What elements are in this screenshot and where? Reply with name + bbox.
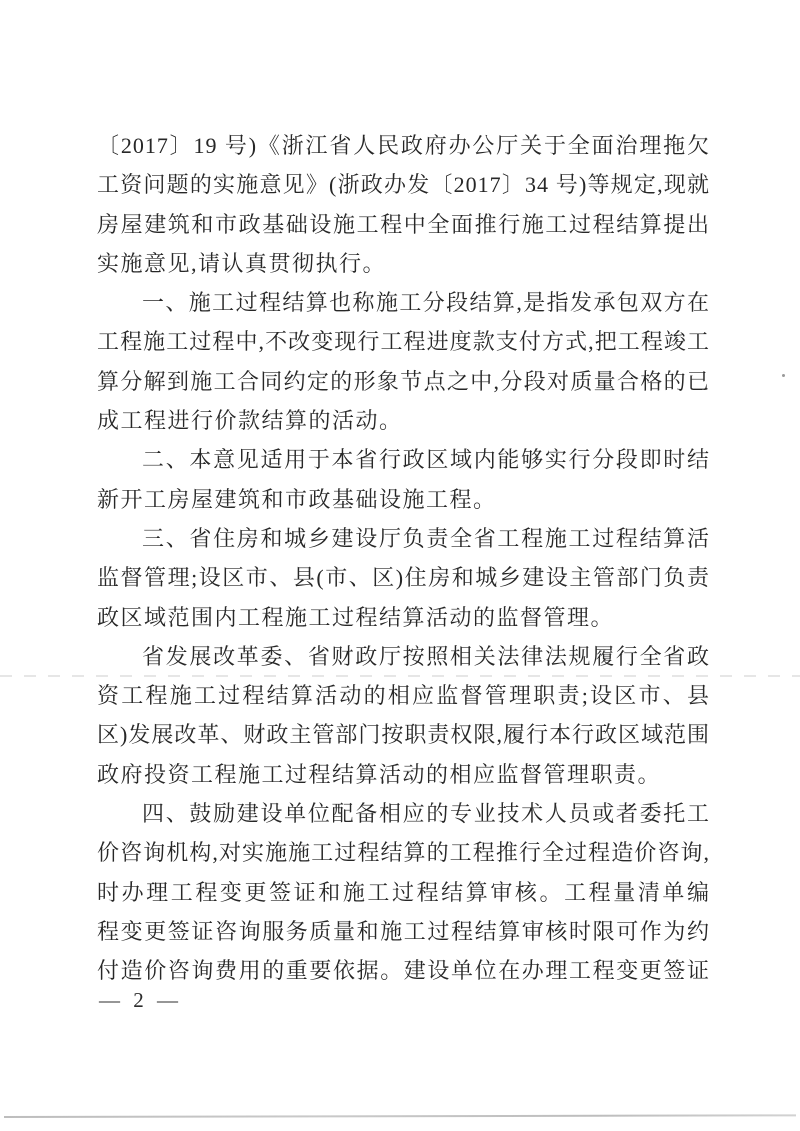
text-line: 付造价咨询费用的重要依据。建设单位在办理工程变更签证时, (97, 951, 710, 990)
text-line: 工资问题的实施意见》(浙政办发〔2017〕34 号)等规定,现就我省 (97, 165, 710, 204)
text-line: 成工程进行价款结算的活动。 (97, 401, 710, 440)
text-line: 时办理工程变更签证和施工过程结算审核。工程量清单编制、工 (97, 873, 710, 912)
text-line: 程变更签证咨询服务质量和施工过程结算审核时限可作为约定支 (97, 912, 710, 951)
text-line: 房屋建筑和市政基础设施工程中全面推行施工过程结算提出如下 (97, 205, 710, 244)
scan-artifact-bottom-edge (4, 1114, 796, 1117)
text-line: 算分解到施工合同约定的形象节点之中,分段对质量合格的已完 (97, 362, 710, 401)
paragraph: 三、省住房和城乡建设厅负责全省工程施工过程结算活动的监督管理;设区市、县(市、区… (97, 519, 710, 637)
paragraph: 四、鼓励建设单位配备相应的专业技术人员或者委托工程造价咨询机构,对实施施工过程结… (97, 794, 710, 990)
scan-speck (782, 374, 785, 377)
text-line: 新开工房屋建筑和市政基础设施工程。 (97, 480, 710, 519)
text-line: 二、本意见适用于本省行政区域内能够实行分段即时结算的 (97, 440, 710, 479)
text-line: 四、鼓励建设单位配备相应的专业技术人员或者委托工程造 (97, 794, 710, 833)
text-line: 工程施工过程中,不改变现行工程进度款支付方式,把工程竣工结 (97, 322, 710, 361)
text-line: 政区域范围内工程施工过程结算活动的监督管理。 (97, 598, 710, 637)
paragraph: 〔2017〕19 号)《浙江省人民政府办公厅关于全面治理拖欠农民工工资问题的实施… (97, 126, 710, 283)
text-line: 资工程施工过程结算活动的相应监督管理职责;设区市、县(市、 (97, 676, 710, 715)
scan-speck (702, 388, 704, 390)
text-line: 一、施工过程结算也称施工分段结算,是指发承包双方在建设 (97, 283, 710, 322)
scan-artifact-dashed-line (0, 675, 800, 677)
text-line: 三、省住房和城乡建设厅负责全省工程施工过程结算活动的 (97, 519, 710, 558)
text-line: 政府投资工程施工过程结算活动的相应监督管理职责。 (97, 755, 710, 794)
text-line: 区)发展改革、财政主管部门按职责权限,履行本行政区域范围内 (97, 715, 710, 754)
paragraph: 一、施工过程结算也称施工分段结算,是指发承包双方在建设工程施工过程中,不改变现行… (97, 283, 710, 440)
page-number: — 2 — (99, 988, 182, 1013)
document-body: 〔2017〕19 号)《浙江省人民政府办公厅关于全面治理拖欠农民工工资问题的实施… (97, 126, 710, 991)
text-line: 监督管理;设区市、县(市、区)住房和城乡建设主管部门负责本行 (97, 558, 710, 597)
text-line: 省发展改革委、省财政厅按照相关法律法规履行全省政府投 (97, 637, 710, 676)
paragraph: 二、本意见适用于本省行政区域内能够实行分段即时结算的新开工房屋建筑和市政基础设施… (97, 440, 710, 519)
text-line: 〔2017〕19 号)《浙江省人民政府办公厅关于全面治理拖欠农民工 (97, 126, 710, 165)
paragraph: 省发展改革委、省财政厅按照相关法律法规履行全省政府投资工程施工过程结算活动的相应… (97, 637, 710, 794)
scanned-document-page: 〔2017〕19 号)《浙江省人民政府办公厅关于全面治理拖欠农民工工资问题的实施… (0, 0, 800, 1131)
text-line: 实施意见,请认真贯彻执行。 (97, 244, 710, 283)
text-line: 价咨询机构,对实施施工过程结算的工程推行全过程造价咨询,及 (97, 833, 710, 872)
